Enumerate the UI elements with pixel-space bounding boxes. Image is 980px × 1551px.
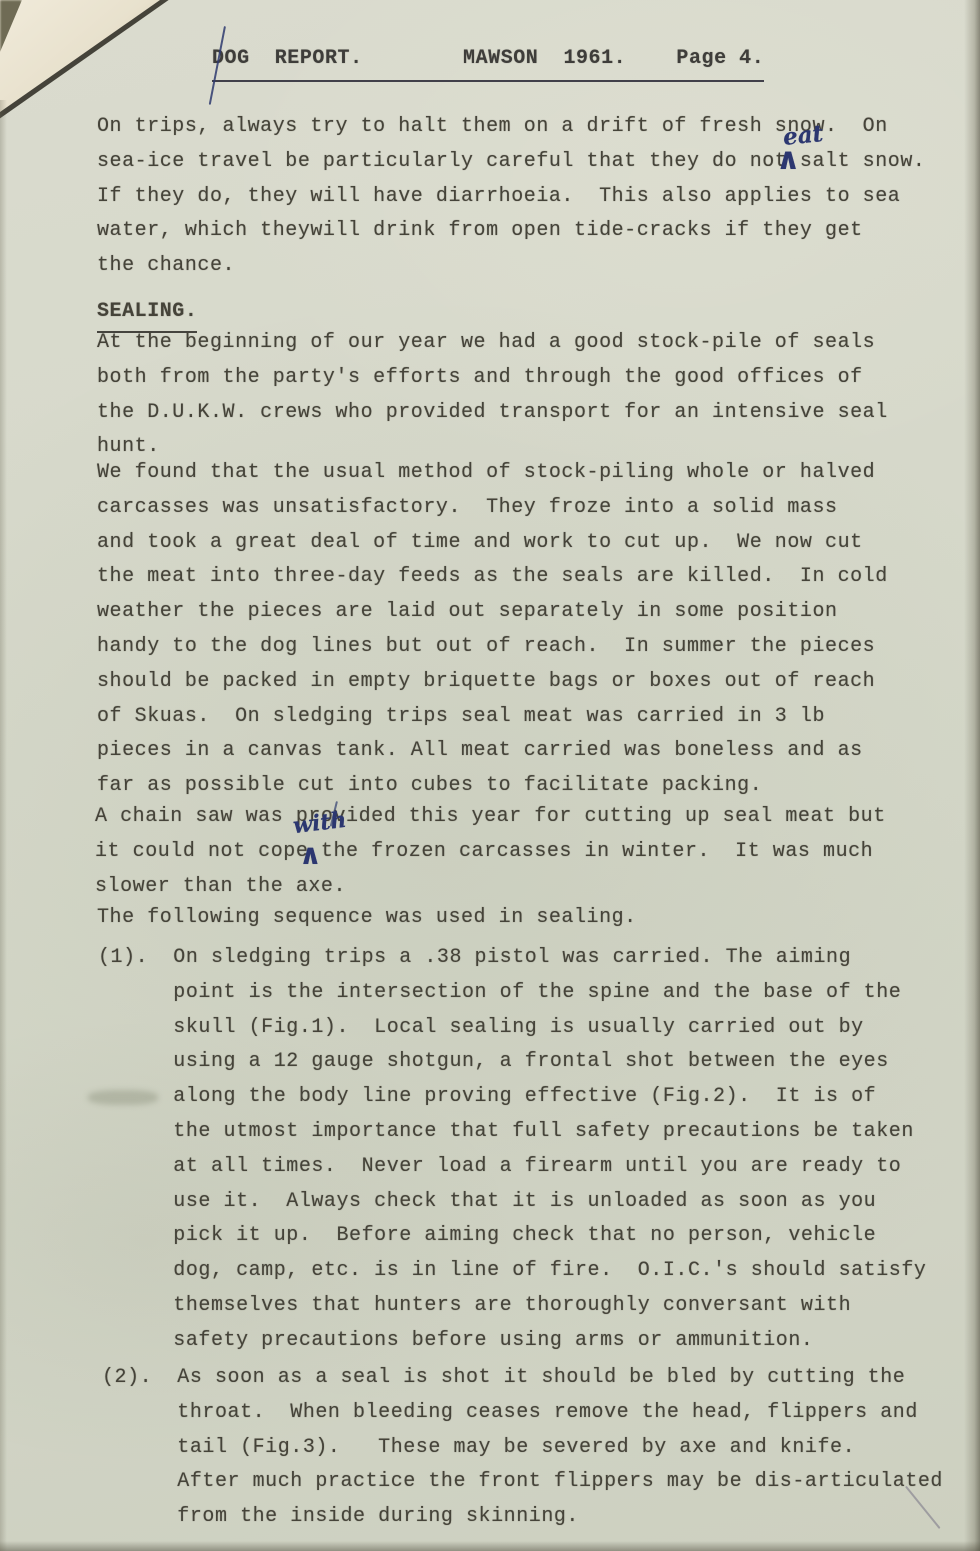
paragraph-sealing-intro: At the beginning of our year we had a go…: [97, 326, 888, 465]
scanned-document-page: DOG REPORT. MAWSON 1961. Page 4. On trip…: [0, 0, 980, 1551]
page-edge-right-shadow: [964, 0, 980, 1551]
list-item-2: (2). As soon as a seal is shot it should…: [102, 1361, 943, 1535]
insertion-caret-icon: ∧: [776, 142, 800, 177]
paper-smudge: [88, 1090, 158, 1105]
paragraph-sequence-intro: The following sequence was used in seali…: [97, 901, 637, 936]
insertion-caret-icon: ∧: [299, 838, 322, 871]
paragraph-chainsaw: A chain saw was provided this year for c…: [95, 800, 886, 904]
document-title: DOG REPORT. MAWSON 1961. Page 4.: [212, 42, 764, 82]
page-corner-fold: [0, 0, 160, 112]
page-edge-left-shadow: [0, 100, 7, 1551]
page-edge-bottom-shadow: [0, 1541, 980, 1551]
list-item-1: (1). On sledging trips a .38 pistol was …: [98, 941, 926, 1359]
paragraph-stockpiling: We found that the usual method of stock-…: [97, 456, 888, 804]
